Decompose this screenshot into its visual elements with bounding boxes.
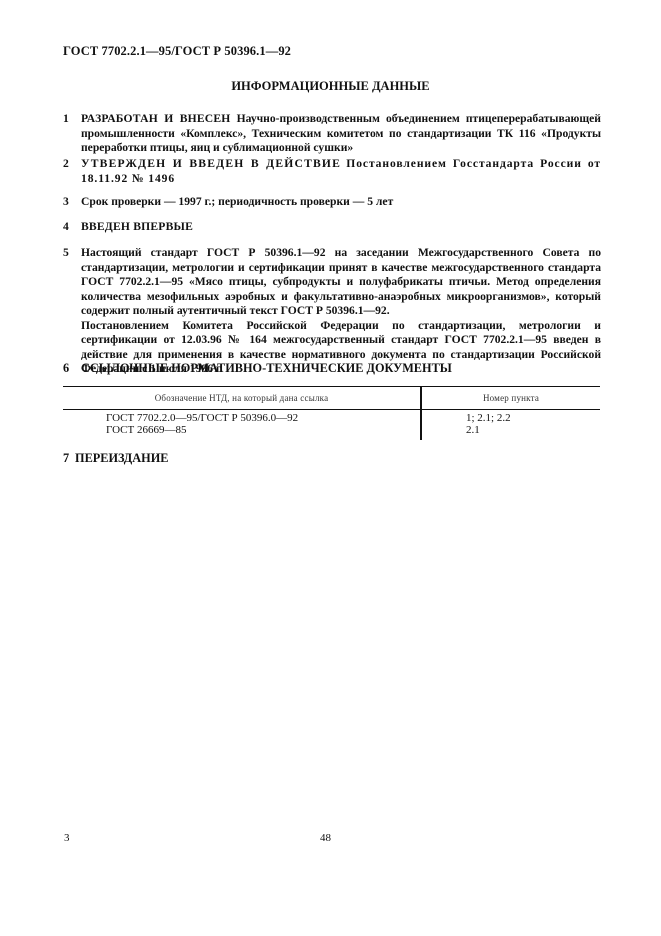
info-item-4: 4 ВВЕДЕН ВПЕРВЫЕ	[63, 220, 601, 235]
item-number: 1	[63, 112, 79, 127]
footer-left-mark: 3	[64, 832, 70, 844]
table-cell-clause: 1; 2.1; 2.2	[466, 413, 600, 425]
item-number: 6	[63, 361, 79, 376]
table-cell-clause: 2.1	[466, 425, 600, 437]
page-title: ИНФОРМАЦИОННЫЕ ДАННЫЕ	[0, 79, 661, 94]
item-text: Настоящий стандарт ГОСТ Р 50396.1—92 на …	[81, 246, 601, 319]
item-number: 4	[63, 220, 79, 235]
page-number: 48	[320, 832, 331, 844]
item-lead: УТВЕРЖДЕН И ВВЕДЕН В ДЕЙСТВИЕ	[81, 157, 341, 170]
table-cell-designation: ГОСТ 26669—85	[106, 425, 420, 437]
item-number: 7	[63, 451, 79, 466]
item-lead: РАЗРАБОТАН И ВНЕСЕН	[81, 112, 231, 125]
column-header-clause: Номер пункта	[421, 387, 600, 410]
table-row: ГОСТ 7702.2.0—95/ГОСТ Р 50396.0—92 ГОСТ …	[63, 410, 600, 441]
item-lead: ВВЕДЕН ВПЕРВЫЕ	[81, 220, 193, 233]
running-head: ГОСТ 7702.2.1—95/ГОСТ Р 50396.1—92	[63, 44, 291, 59]
item-number: 3	[63, 195, 79, 210]
reference-documents-table: Обозначение НТД, на который дана ссылка …	[63, 386, 600, 440]
info-item-1: 1 РАЗРАБОТАН И ВНЕСЕН Научно-производств…	[63, 112, 601, 156]
item-number: 2	[63, 157, 79, 172]
section-heading: ССЫЛОЧНЫЕ НОРМАТИВНО-ТЕХНИЧЕСКИЕ ДОКУМЕН…	[81, 361, 452, 375]
item-number: 5	[63, 246, 79, 261]
column-header-designation: Обозначение НТД, на который дана ссылка	[63, 387, 421, 410]
info-item-7: 7 ПЕРЕИЗДАНИЕ	[63, 451, 601, 466]
info-item-5: 5 Настоящий стандарт ГОСТ Р 50396.1—92 н…	[63, 246, 601, 377]
item-text: Срок проверки — 1997 г.; периодичность п…	[81, 195, 393, 208]
info-item-6: 6 ССЫЛОЧНЫЕ НОРМАТИВНО-ТЕХНИЧЕСКИЕ ДОКУМ…	[63, 361, 601, 376]
info-item-3: 3 Срок проверки — 1997 г.; периодичность…	[63, 195, 601, 210]
table-cell-designation: ГОСТ 7702.2.0—95/ГОСТ Р 50396.0—92	[106, 413, 420, 425]
section-heading: ПЕРЕИЗДАНИЕ	[75, 451, 168, 465]
info-item-2: 2 УТВЕРЖДЕН И ВВЕДЕН В ДЕЙСТВИЕ Постанов…	[63, 157, 601, 186]
table-header-row: Обозначение НТД, на который дана ссылка …	[63, 387, 600, 410]
